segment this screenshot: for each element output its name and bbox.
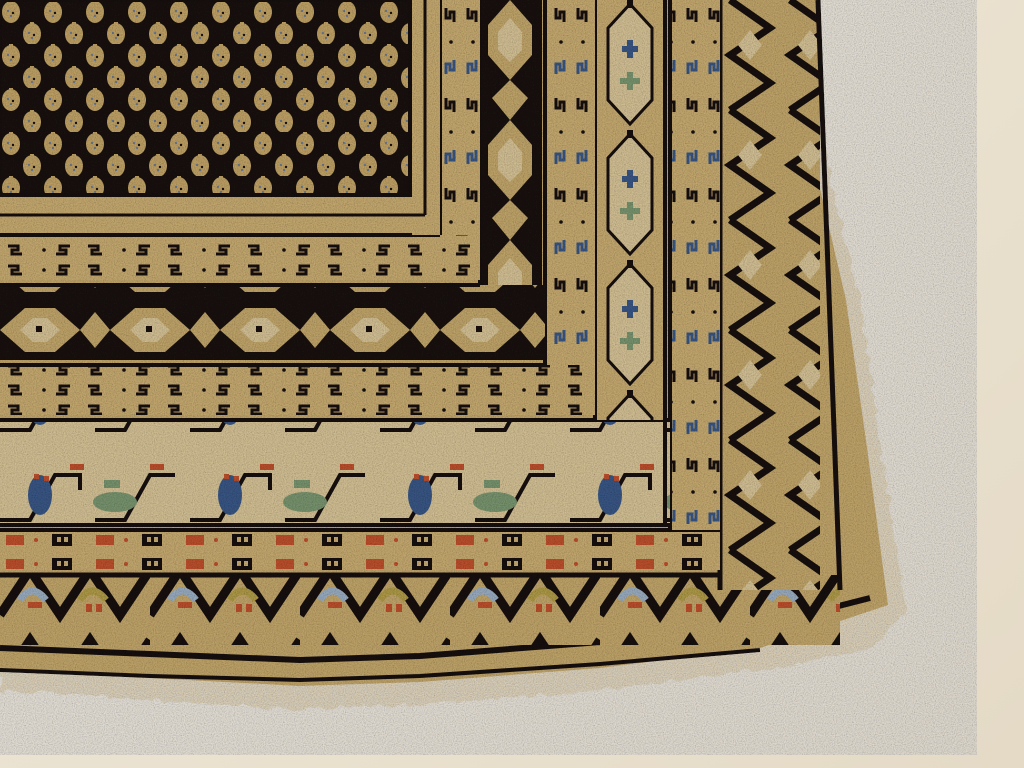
minor-stripe-right	[545, 0, 595, 365]
boteh-field	[0, 0, 410, 195]
inner-guard-stripe	[0, 235, 480, 280]
minor-stripe-lower	[0, 365, 595, 415]
rosette-stripe	[0, 530, 720, 570]
outer-vertical-border	[720, 0, 820, 590]
medallion-column	[595, 0, 665, 420]
main-floral-border	[0, 420, 670, 525]
outer-meander-border	[0, 575, 840, 645]
reciprocal-border	[0, 285, 545, 360]
reciprocal-border-vertical	[480, 0, 542, 285]
right-guard-stripe	[670, 0, 720, 530]
rug-photo	[0, 0, 1024, 768]
inner-guard-stripe-vertical	[440, 0, 480, 235]
rug-corner	[0, 0, 1024, 768]
